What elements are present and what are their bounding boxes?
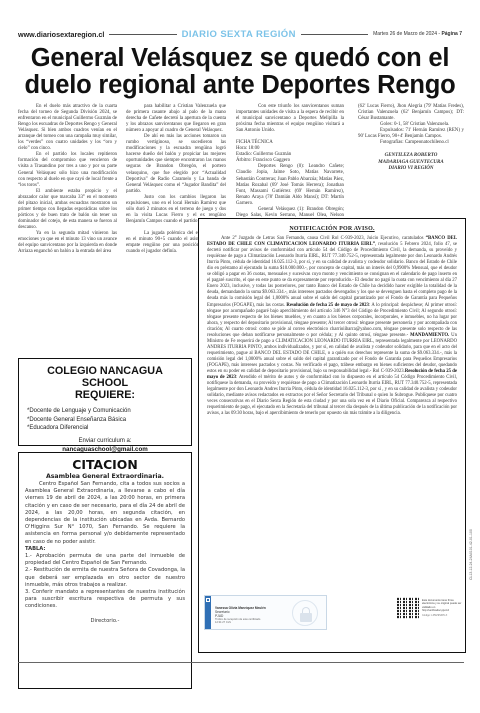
notice-text: Ante 2° Juzgado de Letras San Fernando, …: [221, 236, 426, 241]
masthead: www.diariosextaregion.cl DIARIO SEXTA RE…: [18, 28, 462, 40]
legal-notice-body: Ante 2° Juzgado de Letras San Fernando, …: [207, 236, 457, 417]
agenda-item: 1.- Aprobación permuta de una parte del …: [25, 553, 185, 567]
bottom-divider: [18, 662, 464, 663]
school-job-ad: COLEGIO NANCAGUA SCHOOL REQUIERE: *Docen…: [18, 358, 192, 446]
notice-text: Un Ministro de Fe requerirá de pago a CL…: [207, 333, 457, 374]
headline-line-2: duelo regional ante Deportes Rengo: [0, 72, 480, 99]
mandamiento-label: MANDAMIENTO.: [410, 333, 449, 338]
page-number: Página 7: [441, 31, 462, 37]
qr-code-icon[interactable]: [397, 597, 419, 619]
photo-credit: Fotografías: Campeonatochileno.cl: [358, 140, 464, 146]
send-cv-label: Enviar curriculum a:: [27, 438, 183, 446]
electronic-signature-block: Vanessa Olivia Manríquez Meulén Secretar…: [204, 595, 327, 630]
checkbox-icon: [206, 598, 210, 602]
verification-code: Código: LPNZ9SKHLX: [422, 614, 447, 617]
date-text: Martes 26 de Marzo de 2024 -: [373, 31, 441, 37]
article-paragraph: De ahí en más las acciones tomaron un ru…: [126, 134, 226, 194]
verification-text: Este documento tiene firma electrónica y…: [422, 599, 462, 612]
legal-notice-title: NOTIFICACIÓN POR AVISO.: [207, 226, 457, 232]
headline-line-1: General Velásquez se quedó con el: [0, 45, 480, 72]
school-ad-title: COLEGIO NANCAGUA SCHOOL REQUIERE:: [27, 365, 183, 401]
lock-body: [300, 613, 312, 622]
position-list: *Docente de Lenguaje y Comunicación *Doc…: [27, 407, 183, 433]
notice-text: : Atendido el mérito de autos y de confo…: [207, 375, 457, 416]
article-column-4: (62' Lucas Fierro), Jhon Alegría (79' Ma…: [358, 104, 464, 172]
site-url[interactable]: www.diariosextaregion.cl: [18, 30, 104, 39]
notice-text: , resolución 5 Febrero 2024, folio 47, s…: [207, 242, 457, 307]
article-paragraph: En el duelo más atractivo de la cuarta f…: [18, 104, 117, 152]
resolution-date: Resolución de fecha 25 de mayo de 2023: [286, 303, 369, 308]
masthead-rule-right: [301, 34, 368, 35]
position-item: *Educadora Diferencial: [27, 424, 183, 433]
masthead-rule-left: [109, 34, 176, 35]
lineup-continued: (62' Lucas Fierro), Jhon Alegría (79' Ma…: [358, 104, 464, 122]
legal-notice: NOTIFICACIÓN POR AVISO. Ante 2° Juzgado …: [198, 218, 466, 653]
citacion-subtitle: Asamblea General Extraordinaria.: [25, 473, 185, 480]
signature-details: Vanessa Olivia Manríquez Meulén Secretar…: [215, 606, 266, 624]
article-headline: General Velásquez se quedó con el duelo …: [0, 45, 480, 99]
side-code-label: CL13-12-24-24A0101-42-01-100: [469, 529, 473, 580]
citacion-body: Centro Español San Fernando, cita a todo…: [25, 481, 185, 611]
agenda-label: TABLA:: [25, 546, 185, 553]
citacion-notice: CITACION Asamblea General Extraordinaria…: [18, 452, 192, 689]
lock-icon: [292, 600, 318, 626]
requires-label: REQUIERE:: [27, 389, 183, 401]
signature-accent-bar: [205, 596, 211, 629]
position-item: *Docente de Lenguaje y Comunicación: [27, 407, 183, 416]
credit-line: DIARIO VI REGIÓN: [358, 166, 464, 172]
match-expulsions: Expulsados: 71' Hernán Ramírez (REN) y 9…: [358, 128, 464, 140]
article-column-1: En el duelo más atractivo de la cuarta f…: [18, 104, 117, 255]
article-credit: GENTILEZA ROBERTO MADARIAGA GUENTECURA D…: [358, 153, 464, 172]
lineup-rengo: Deportes Rengo (0): Leandro Cañete; Clau…: [236, 164, 344, 206]
article-paragraph: para habilitar a Cristian Valenzuela que…: [126, 104, 226, 134]
citacion-intro: Centro Español San Fernando, cita a todo…: [25, 481, 185, 546]
signature-time: 12:31:27 CLS: [215, 621, 266, 624]
paper-name: DIARIO SEXTA REGIÓN: [182, 29, 296, 40]
citacion-signature: Directorio.-: [25, 618, 185, 624]
position-item: *Docente General Enseñanza Básica: [27, 416, 183, 425]
school-name: COLEGIO NANCAGUA SCHOOL: [27, 365, 183, 389]
article-paragraph: El ambiente estaba propicio y el abrazad…: [18, 189, 117, 231]
citacion-title: CITACION: [25, 458, 185, 472]
issue-date: Martes 26 de Marzo de 2024 - Página 7: [373, 31, 462, 37]
article-paragraph: Con este triunfo los sanvicentanos suman…: [236, 104, 344, 134]
article-paragraph: En el partido los locales repitieron for…: [18, 152, 117, 188]
agenda-item: 2.- Restitución de ermita de nuestra Señ…: [25, 567, 185, 589]
article-paragraph: Ya en la segunda mitad vinieron las emoc…: [18, 231, 117, 255]
agenda-item: 3. Conferir mandato a representantes de …: [25, 589, 185, 611]
side-barcode-text: CL13-12-24-24A0101-42-01-100: [469, 520, 475, 580]
